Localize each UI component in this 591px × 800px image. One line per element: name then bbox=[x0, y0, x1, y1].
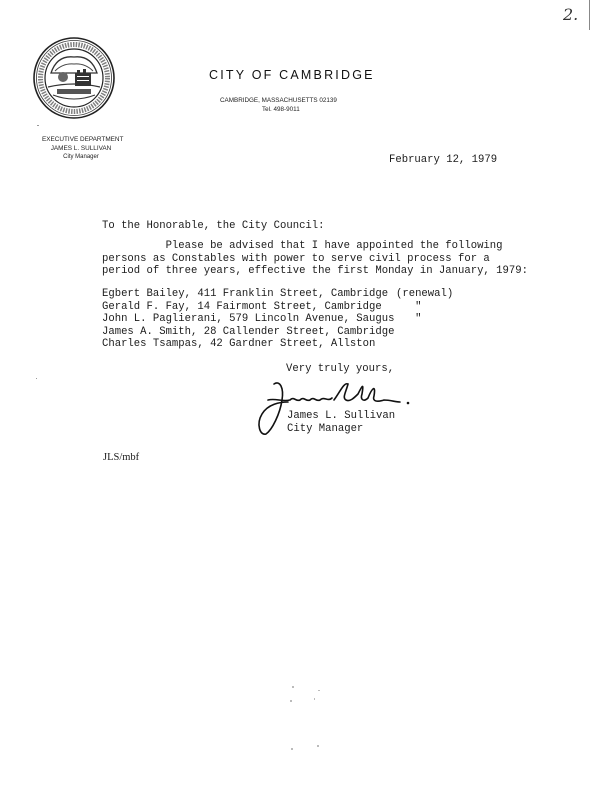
appointee-entry: Charles Tsampas, 42 Gardner Street, Alls… bbox=[102, 338, 394, 351]
appointee-entry: John L. Paglierani, 579 Lincoln Avenue, … bbox=[102, 313, 394, 326]
letterhead-address: CAMBRIDGE, MASSACHUSETTS 02139 bbox=[220, 97, 337, 104]
scan-speck bbox=[317, 745, 319, 747]
scan-speck bbox=[318, 690, 320, 691]
department-name: EXECUTIVE DEPARTMENT bbox=[42, 135, 120, 144]
scan-speck bbox=[36, 378, 37, 379]
scan-speck bbox=[37, 125, 39, 126]
closing: Very truly yours, bbox=[286, 363, 394, 376]
department-head-title: City Manager bbox=[42, 153, 120, 162]
signer-block: James L. Sullivan City Manager bbox=[287, 410, 395, 435]
appointee-entry: Gerald F. Fay, 14 Fairmont Street, Cambr… bbox=[102, 301, 394, 314]
signer-name: James L. Sullivan bbox=[287, 410, 395, 423]
letter-body: Please be advised that I have appointed … bbox=[102, 240, 528, 278]
appointee-note: (renewal) bbox=[396, 288, 453, 301]
city-seal-icon bbox=[33, 37, 115, 119]
department-block: EXECUTIVE DEPARTMENT JAMES L. SULLIVAN C… bbox=[42, 135, 120, 162]
appointee-entry: James A. Smith, 28 Callender Street, Cam… bbox=[102, 326, 394, 339]
scan-speck bbox=[290, 700, 292, 702]
signer-title: City Manager bbox=[287, 423, 395, 436]
salutation: To the Honorable, the City Council: bbox=[102, 220, 325, 233]
appointee-note: " bbox=[396, 301, 453, 314]
page-number-annotation: 2. bbox=[563, 5, 578, 24]
scan-speck bbox=[314, 698, 315, 700]
scan-speck bbox=[292, 686, 294, 688]
letter-date: February 12, 1979 bbox=[389, 154, 497, 167]
appointee-entry: Egbert Bailey, 411 Franklin Street, Camb… bbox=[102, 288, 394, 301]
reference-initials: JLS/mbf bbox=[103, 452, 139, 463]
body-line: persons as Constables with power to serv… bbox=[102, 253, 528, 266]
appointee-notes: (renewal) " " bbox=[396, 288, 453, 326]
body-line: period of three years, effective the fir… bbox=[102, 265, 528, 278]
letterhead-phone: Tel. 498-9011 bbox=[262, 106, 300, 113]
appointee-list: Egbert Bailey, 411 Franklin Street, Camb… bbox=[102, 288, 394, 351]
letterhead-title: CITY OF CAMBRIDGE bbox=[209, 68, 375, 82]
department-head: JAMES L. SULLIVAN bbox=[42, 144, 120, 153]
scan-speck bbox=[291, 748, 293, 750]
body-line: Please be advised that I have appointed … bbox=[102, 240, 528, 253]
appointee-note: " bbox=[396, 313, 453, 326]
page-edge-line bbox=[589, 0, 590, 30]
